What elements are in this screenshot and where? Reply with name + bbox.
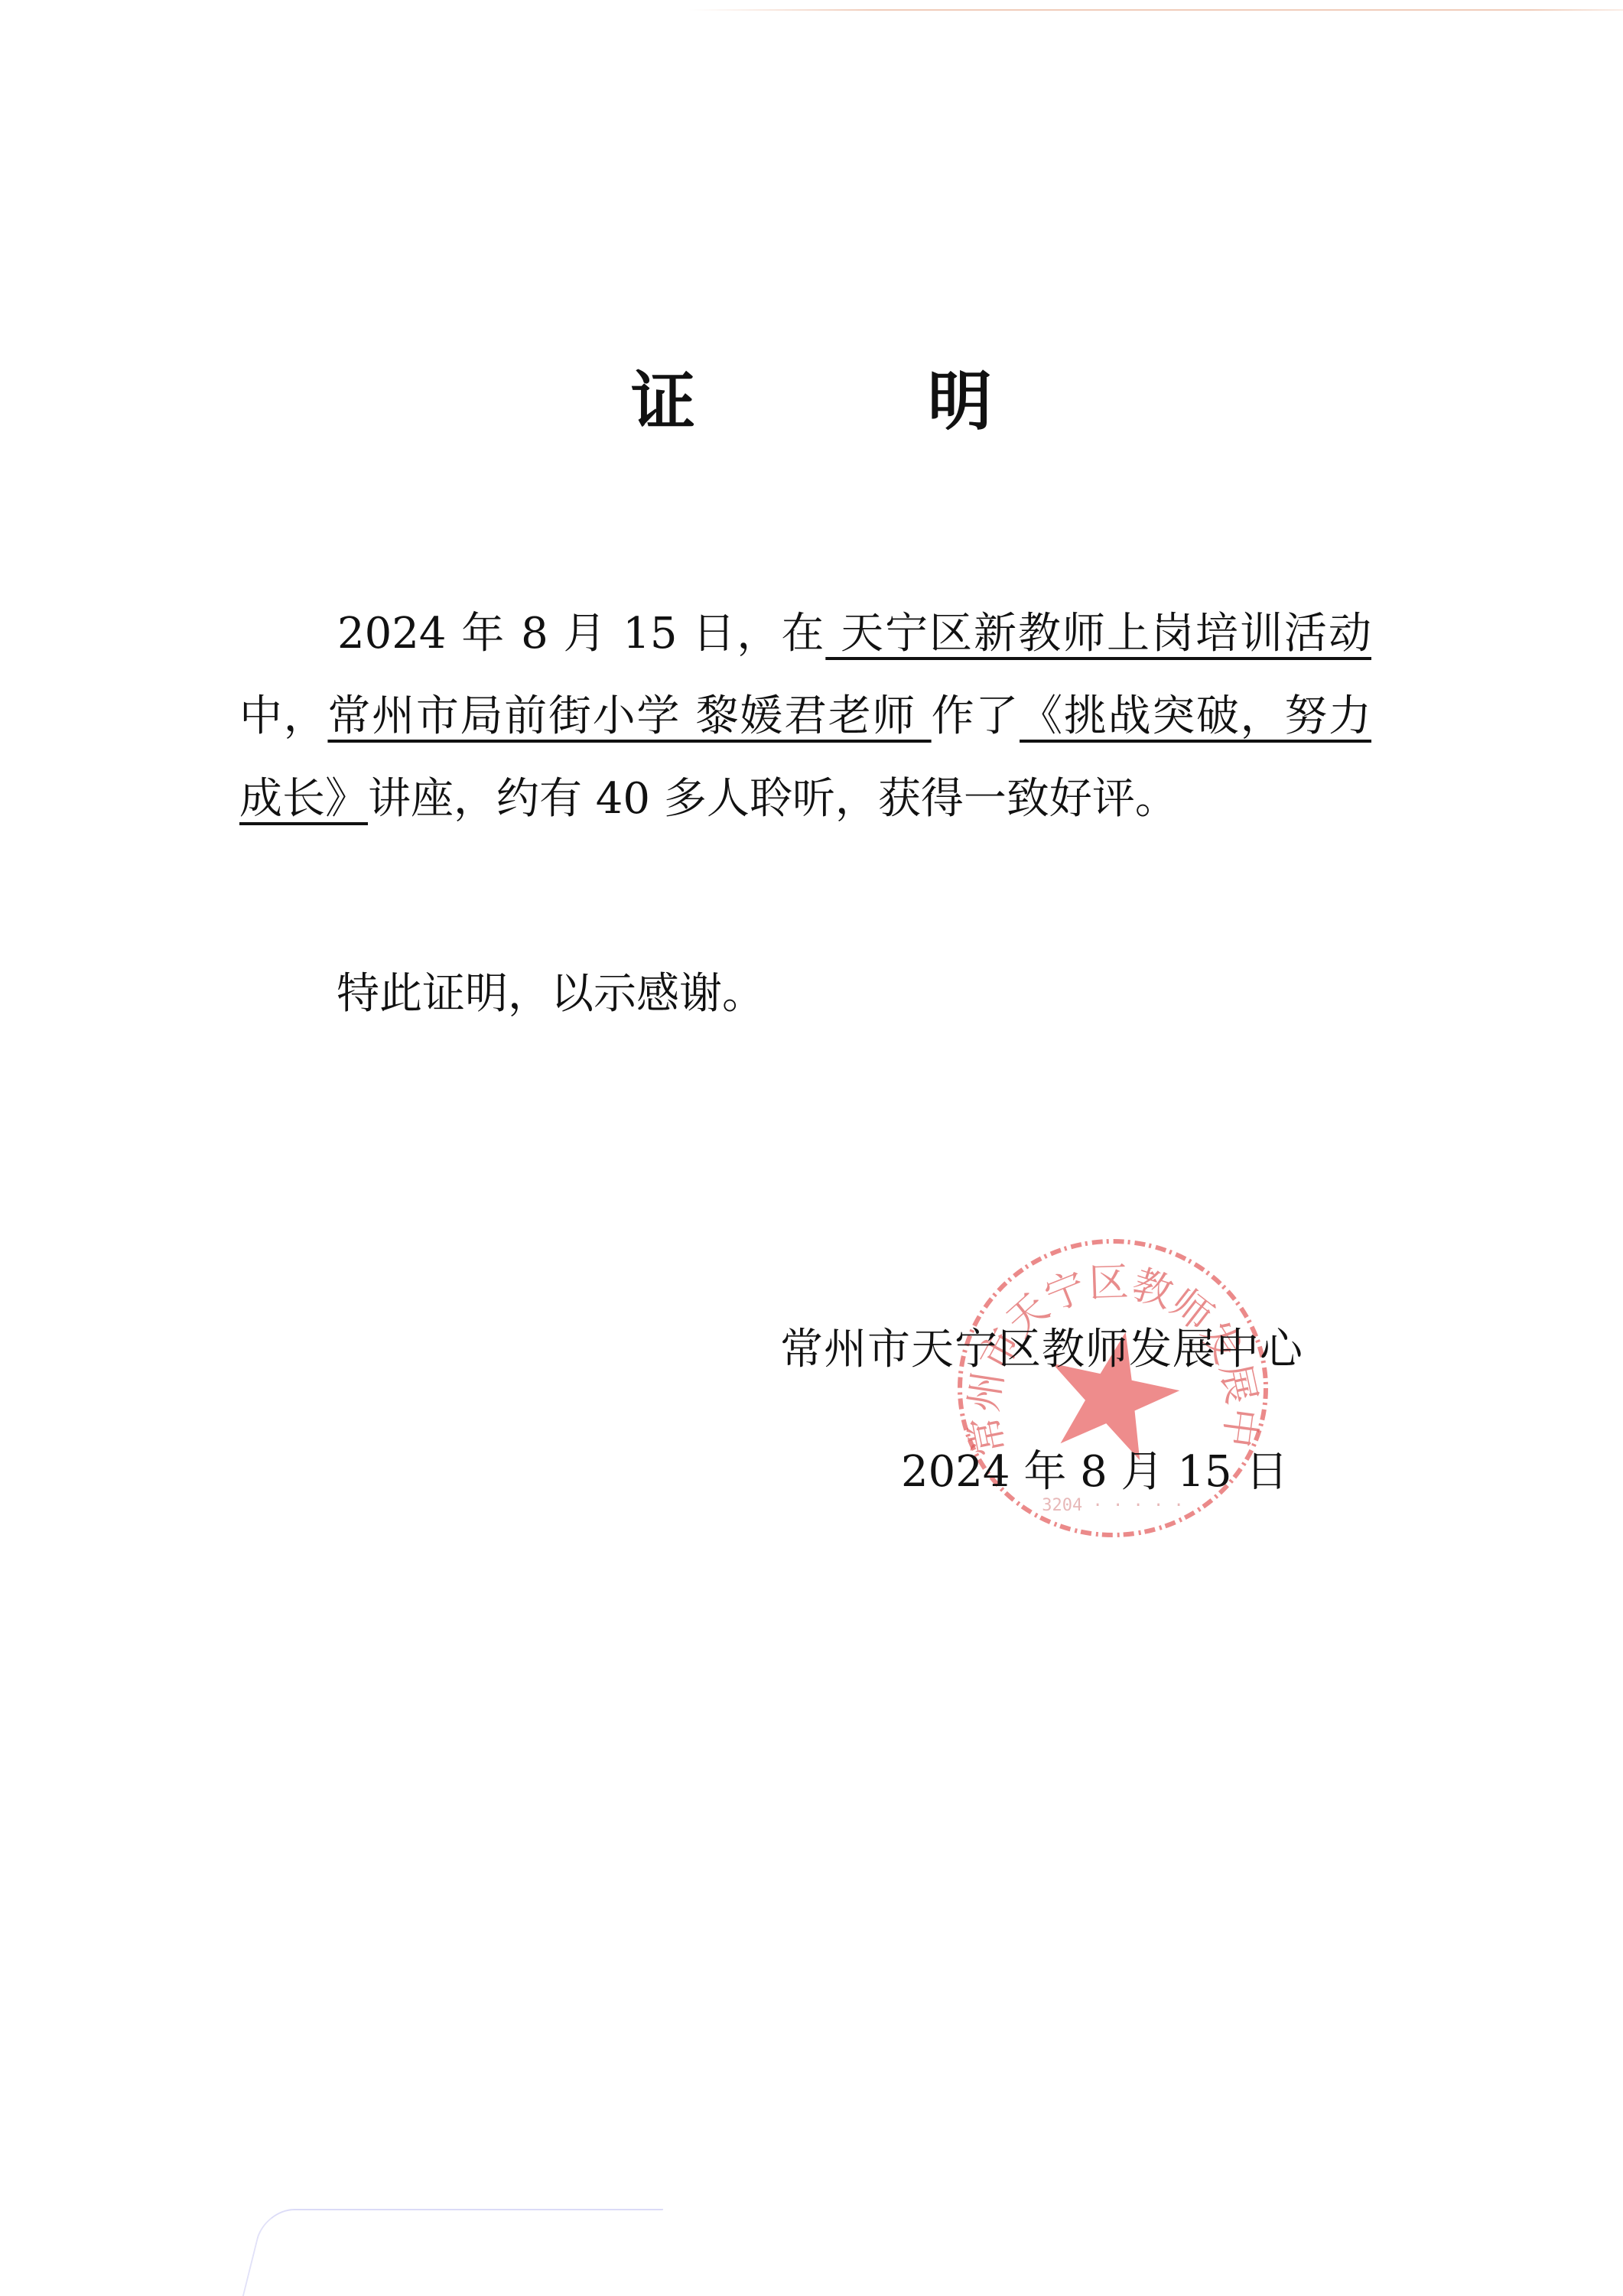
body-text-connector-1: 中，: [239, 691, 327, 741]
body-paragraph: 2024 年 8 月 15 日，在 天宁区新教师上岗培训活动 中，常州市局前街小…: [239, 593, 1371, 841]
closing-statement: 特此证明，以示感谢。: [337, 960, 765, 1029]
document-title: 证 明: [0, 359, 1623, 444]
speaker-school-name: 常州市局前街小学 黎媛君老师: [327, 691, 931, 741]
body-text-outcome: 讲座，约有 40 多人聆听，获得一致好评。: [368, 774, 1178, 824]
issue-date: 2024 年 8 月 15 日: [901, 1438, 1288, 1507]
event-name: 天宁区新教师上岗培训活动: [825, 609, 1371, 659]
scan-edge-artifact: [688, 9, 1623, 11]
issuing-organization: 常州市天宁区教师发展中心: [780, 1315, 1303, 1384]
body-text-connector-2: 作了: [932, 691, 1020, 741]
body-text-date: 2024 年 8 月 15 日，在: [337, 609, 825, 659]
scan-fold-artifact: [241, 2209, 663, 2296]
